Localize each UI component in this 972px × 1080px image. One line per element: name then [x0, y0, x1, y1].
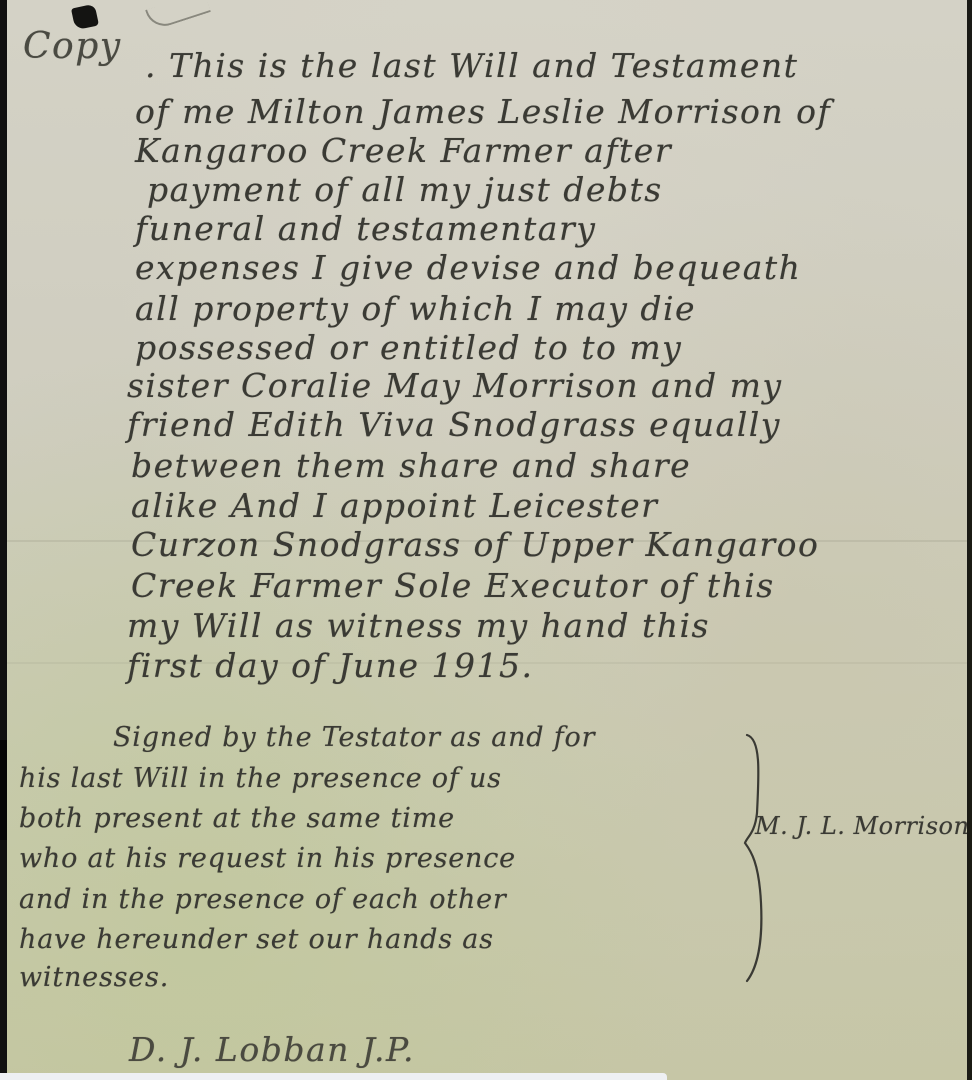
scan-left-edge-notch	[0, 740, 7, 840]
will-body-line: Curzon Snodgrass of Upper Kangaroo	[131, 525, 819, 564]
attestation-line: witnesses.	[19, 962, 169, 993]
will-body-line: all property of which I may die	[135, 289, 696, 328]
scan-right-edge	[968, 215, 972, 1080]
will-body-line: . This is the last Will and Testament	[145, 46, 798, 85]
will-body-line: sister Coralie May Morrison and my	[127, 366, 783, 405]
will-body-line: expenses I give devise and bequeath	[135, 248, 801, 287]
attestation-line: both present at the same time	[19, 803, 455, 834]
will-body-line: funeral and testamentary	[135, 209, 596, 248]
attestation-line: and in the presence of each other	[19, 884, 507, 915]
will-document-page: Copy . This is the last Will and Testame…	[7, 0, 967, 1080]
scan-left-edge	[0, 0, 7, 1080]
attestation-line: who at his request in his presence	[19, 843, 516, 874]
witness-signature: D. J. Lobban J.P.	[129, 1030, 415, 1069]
will-body-line: Kangaroo Creek Farmer after	[135, 131, 672, 170]
viewer-bottom-bar	[0, 1073, 667, 1080]
will-body-line: of me Milton James Leslie Morrison of	[135, 92, 831, 131]
will-body-line: first day of June 1915.	[127, 646, 533, 685]
will-body-line: between them share and share	[131, 446, 691, 485]
will-body-line: my Will as witness my hand this	[127, 606, 710, 645]
will-body-line: payment of all my just debts	[147, 170, 663, 209]
top-pen-scribble	[145, 0, 211, 31]
will-body-line: alike And I appoint Leicester	[131, 486, 658, 525]
will-body-line: possessed or entitled to to my	[135, 328, 682, 367]
attestation-line: his last Will in the presence of us	[19, 763, 502, 794]
testator-signature: M. J. L. Morrison	[755, 812, 967, 840]
attestation-line: Signed by the Testator as and for	[113, 722, 595, 753]
will-body-line: Creek Farmer Sole Executor of this	[131, 566, 775, 605]
will-body-line: friend Edith Viva Snodgrass equally	[127, 405, 781, 444]
attestation-line: have hereunder set our hands as	[19, 924, 494, 955]
copy-mark: Copy	[23, 26, 122, 67]
attestation-brace	[743, 733, 771, 983]
